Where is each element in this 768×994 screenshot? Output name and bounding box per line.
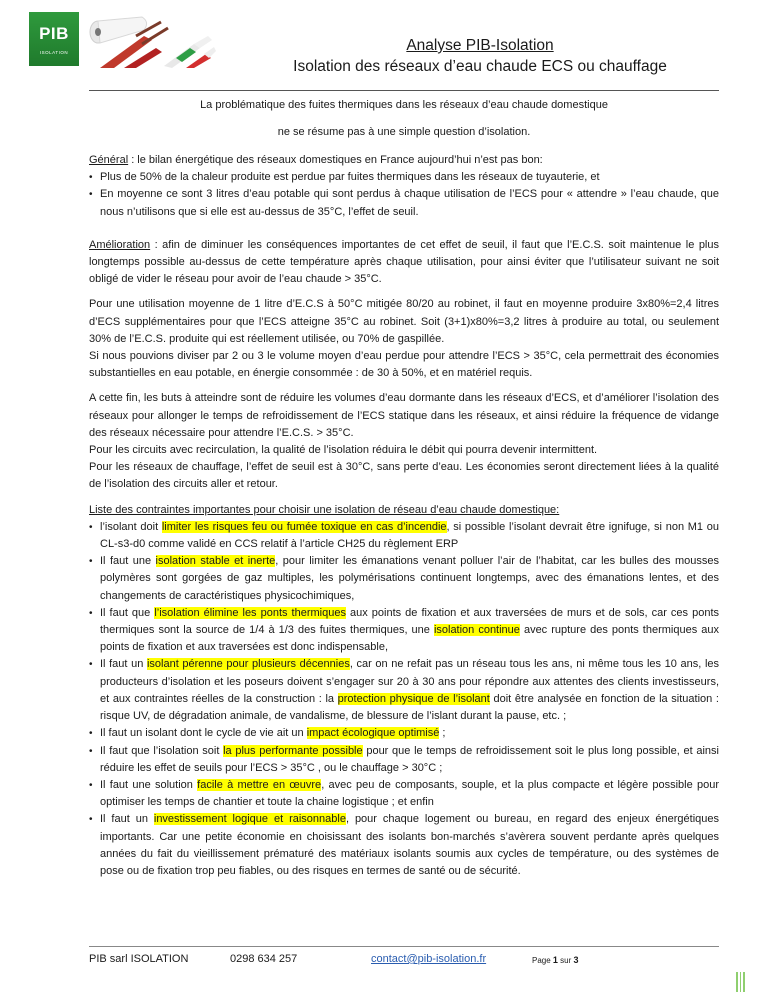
document-title: Analyse PIB-Isolation Isolation des rése… <box>230 36 730 78</box>
footer-phone: 0298 634 257 <box>230 953 297 965</box>
constraints-list: l’isolant doit limiter les risques feu o… <box>89 519 719 880</box>
highlight: isolant pérenne pour plusieurs décennies <box>147 658 350 670</box>
constraint-item-thermal-bridges: Il faut que l’isolation élimine les pont… <box>89 605 719 657</box>
highlight: protection physique de l’isolant <box>338 693 490 705</box>
highlight: l’isolation élimine les ponts thermiques <box>154 607 346 619</box>
constraint-item-investment: Il faut un investissement logique et rai… <box>89 811 719 880</box>
constraint-item-performance: Il faut que l’isolation soit la plus per… <box>89 743 719 777</box>
title-line-1: Analyse PIB-Isolation <box>230 36 730 56</box>
decorative-green-bars-icon <box>736 972 746 992</box>
footer-divider <box>89 946 719 947</box>
constraint-item-fire: l’isolant doit limiter les risques feu o… <box>89 519 719 553</box>
goals-paragraph-1: A cette fin, les buts à atteindre sont d… <box>89 390 719 442</box>
goals-paragraph-3: Pour les réseaux de chauffage, l’effet d… <box>89 459 719 493</box>
constraint-item-easy-install: Il faut une solution facile à mettre en … <box>89 777 719 811</box>
constraint-item-stable: Il faut une isolation stable et inerte, … <box>89 553 719 605</box>
constraint-item-durable: Il faut un isolant pérenne pour plusieur… <box>89 656 719 725</box>
usage-paragraph-1: Pour une utilisation moyenne de 1 litre … <box>89 296 719 348</box>
intro-line-1: La problématique des fuites thermiques d… <box>89 98 719 113</box>
constraint-item-ecological: Il faut un isolant dont le cycle de vie … <box>89 725 719 742</box>
page-number: Page 1 sur 3 <box>532 955 579 965</box>
usage-paragraph-2: Si nous pouvions diviser par 2 ou 3 le v… <box>89 348 719 382</box>
footer-company: PIB sarl ISOLATION <box>89 953 188 965</box>
highlight: isolation stable et inerte <box>156 555 276 567</box>
insulation-products-image <box>86 14 216 68</box>
header-divider <box>89 90 719 91</box>
list-item: En moyenne ce sont 3 litres d’eau potabl… <box>89 186 719 220</box>
constraints-heading: Liste des contraintes importantes pour c… <box>89 502 719 519</box>
logo-brand: PIB <box>29 25 79 42</box>
general-bullets: Plus de 50% de la chaleur produite est p… <box>89 169 719 221</box>
amelioration-label: Amélioration <box>89 239 150 251</box>
intro-line-2: ne se résume pas à une simple question d… <box>89 125 719 140</box>
title-line-2: Isolation des réseaux d’eau chaude ECS o… <box>230 56 730 78</box>
goals-paragraph-2: Pour les circuits avec recirculation, la… <box>89 442 719 459</box>
highlight: impact écologique optimisé <box>307 727 440 739</box>
general-paragraph: Général : le bilan énergétique des résea… <box>89 152 719 169</box>
general-label: Général <box>89 154 128 166</box>
highlight: la plus performante possible <box>223 745 363 757</box>
pib-logo: PIB ISOLATION <box>29 12 79 66</box>
list-item: Plus de 50% de la chaleur produite est p… <box>89 169 719 186</box>
intro-statement: La problématique des fuites thermiques d… <box>89 98 719 152</box>
highlight: limiter les risques feu ou fumée toxique… <box>162 521 447 533</box>
logo-subtitle: ISOLATION <box>29 50 79 55</box>
highlight: investissement logique et raisonnable <box>154 813 346 825</box>
page-footer: PIB sarl ISOLATION 0298 634 257 contact@… <box>89 953 719 969</box>
general-text: : le bilan énergétique des réseaux domes… <box>128 154 543 166</box>
amelioration-text: : afin de diminuer les conséquences impo… <box>89 239 719 285</box>
total-pages: 3 <box>573 955 578 965</box>
highlight: facile à mettre en œuvre <box>197 779 321 791</box>
footer-email-link[interactable]: contact@pib-isolation.fr <box>371 953 486 965</box>
document-body: Général : le bilan énergétique des résea… <box>89 152 719 888</box>
amelioration-paragraph: Amélioration : afin de diminuer les cons… <box>89 237 719 289</box>
highlight: isolation continue <box>434 624 520 636</box>
